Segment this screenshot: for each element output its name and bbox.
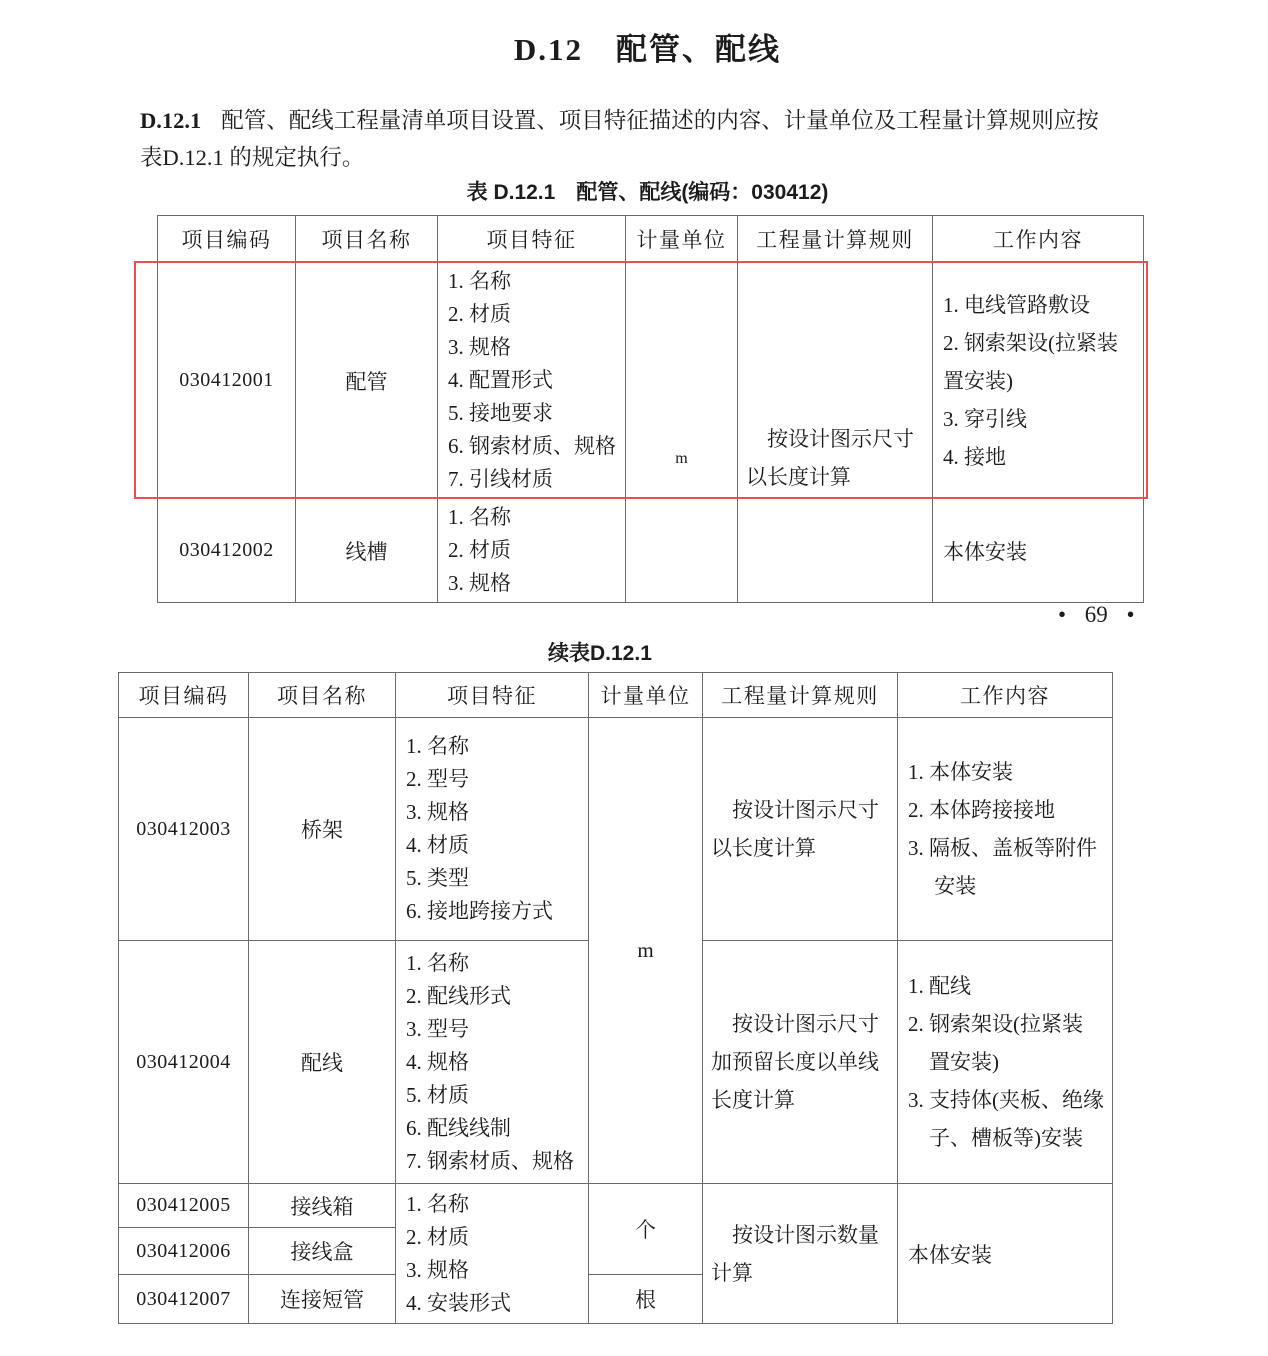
cell-features: 1. 名称2. 配线形式3. 型号4. 规格5. 材质6. 配线线制7. 钢索材… [396, 941, 589, 1184]
page-number: • 69 • [1058, 602, 1135, 628]
cell-unit: m [626, 263, 738, 499]
col-header-unit: 计量单位 [626, 216, 738, 263]
col-header-project-code: 项目编码 [119, 673, 249, 718]
cell-work: 1. 本体安装2. 本体跨接接地3. 隔板、盖板等附件 安装 [898, 718, 1113, 941]
col-header-unit: 计量单位 [589, 673, 703, 718]
cell-rule: 按设计图示尺寸以长度计算 [738, 263, 933, 499]
cell-features: 1. 名称2. 型号3. 规格4. 材质5. 类型6. 接地跨接方式 [396, 718, 589, 941]
col-header-work-content: 工作内容 [898, 673, 1113, 718]
table2-header-row: 项目编码 项目名称 项目特征 计量单位 工程量计算规则 工作内容 [119, 673, 1113, 718]
cell-name-xiancao: 线槽 [296, 499, 438, 603]
cell-name-qiaojia: 桥架 [249, 718, 396, 941]
cell-name-peixian: 配线 [249, 941, 396, 1184]
table-row: 030412003 桥架 1. 名称2. 型号3. 规格4. 材质5. 类型6.… [119, 718, 1113, 941]
clause-number: D.12.1 [140, 108, 201, 133]
col-header-calc-rule: 工程量计算规则 [703, 673, 898, 718]
cell-features-merged: 1. 名称2. 材质3. 规格4. 安装形式 [396, 1184, 589, 1324]
cell-rule: 按设计图示尺寸以长度计算 [703, 718, 898, 941]
cell-name-lianjieduanguan: 连接短管 [249, 1275, 396, 1324]
cell-work: 1. 电线管路敷设2. 钢索架设(拉紧装置安装)3. 穿引线4. 接地 [933, 263, 1144, 499]
table2-caption: 续表D.12.1 [548, 637, 652, 667]
cell-rule: 按设计图示尺寸加预留长度以单线长度计算 [703, 941, 898, 1184]
clause-line-2: 表D.12.1 的规定执行。 [140, 139, 1160, 176]
cell-code-030412005: 030412005 [119, 1184, 249, 1228]
cell-unit-empty [626, 499, 738, 603]
cell-unit-ge: 个 [589, 1184, 703, 1275]
cell-unit-m: m [589, 718, 703, 1184]
col-header-project-code: 项目编码 [158, 216, 296, 263]
cell-code-030412001: 030412001 [158, 263, 296, 499]
cell-code-030412007: 030412007 [119, 1275, 249, 1324]
cell-name-jiexianhe: 接线盒 [249, 1228, 396, 1275]
cell-work: 本体安装 [933, 499, 1144, 603]
cell-rule-merged: 按设计图示数量计算 [703, 1184, 898, 1324]
table1-header-row: 项目编码 项目名称 项目特征 计量单位 工程量计算规则 工作内容 [158, 216, 1144, 263]
cell-code-030412002: 030412002 [158, 499, 296, 603]
col-header-work-content: 工作内容 [933, 216, 1144, 263]
cell-code-030412003: 030412003 [119, 718, 249, 941]
clause-text-1: 配管、配线工程量清单项目设置、项目特征描述的内容、计量单位及工程量计算规则应按 [221, 108, 1099, 133]
cell-unit-gen: 根 [589, 1275, 703, 1324]
col-header-calc-rule: 工程量计算规则 [738, 216, 933, 263]
cell-rule-empty [738, 499, 933, 603]
table-d121-continued: 项目编码 项目名称 项目特征 计量单位 工程量计算规则 工作内容 0304120… [118, 672, 1113, 1324]
cell-name-peiguan: 配管 [296, 263, 438, 499]
cell-work: 1. 配线2. 钢索架设(拉紧装 置安装)3. 支持体(夹板、绝缘 子、槽板等)… [898, 941, 1113, 1184]
cell-code-030412004: 030412004 [119, 941, 249, 1184]
page-title: D.12 配管、配线 [140, 24, 1155, 69]
cell-features: 1. 名称2. 材质3. 规格 [438, 499, 626, 603]
col-header-project-name: 项目名称 [249, 673, 396, 718]
col-header-project-features: 项目特征 [396, 673, 589, 718]
cell-features: 1. 名称2. 材质3. 规格4. 配置形式5. 接地要求6. 钢索材质、规格7… [438, 263, 626, 499]
col-header-project-features: 项目特征 [438, 216, 626, 263]
clause-paragraph: D.12.1配管、配线工程量清单项目设置、项目特征描述的内容、计量单位及工程量计… [140, 102, 1160, 176]
cell-work-merged: 本体安装 [898, 1184, 1113, 1324]
clause-line-1: D.12.1配管、配线工程量清单项目设置、项目特征描述的内容、计量单位及工程量计… [140, 102, 1160, 139]
table-d121: 项目编码 项目名称 项目特征 计量单位 工程量计算规则 工作内容 0304120… [157, 215, 1144, 603]
cell-name-jiexianxiang: 接线箱 [249, 1184, 396, 1228]
document-page: D.12 配管、配线 D.12.1配管、配线工程量清单项目设置、项目特征描述的内… [0, 0, 1268, 1356]
table-row: 030412005 接线箱 1. 名称2. 材质3. 规格4. 安装形式 个 按… [119, 1184, 1113, 1228]
table-row: 030412001 配管 1. 名称2. 材质3. 规格4. 配置形式5. 接地… [158, 263, 1144, 499]
table-row: 030412002 线槽 1. 名称2. 材质3. 规格 本体安装 [158, 499, 1144, 603]
cell-code-030412006: 030412006 [119, 1228, 249, 1275]
table1-caption: 表 D.12.1 配管、配线(编码：030412) [140, 176, 1155, 206]
col-header-project-name: 项目名称 [296, 216, 438, 263]
